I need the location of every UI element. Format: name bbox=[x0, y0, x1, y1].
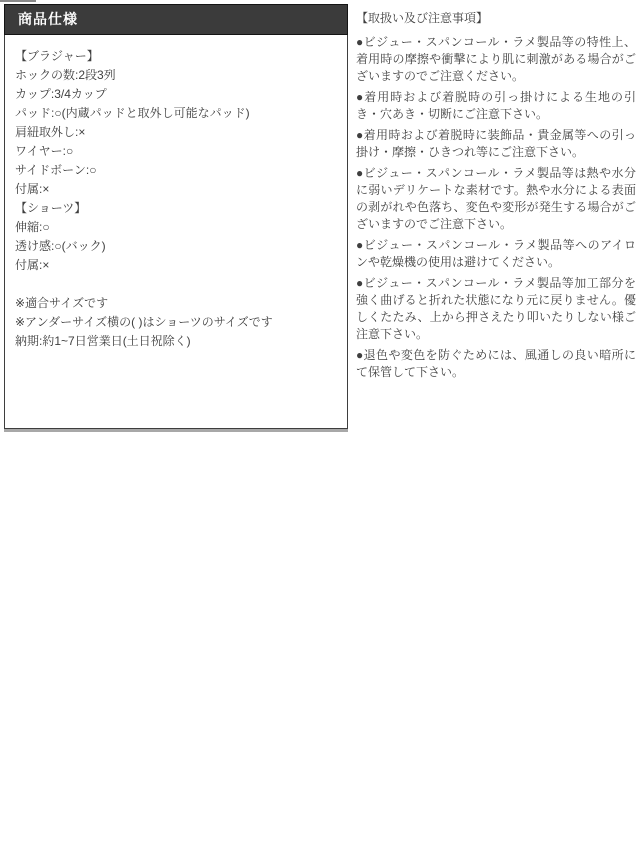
handling-notes-panel: 【取扱い及び注意事項】 ●ビジュー・スパンコール・ラメ製品等の特性上、着用時の摩… bbox=[356, 10, 636, 385]
spec-line-shorts-heading: 【ショーツ】 bbox=[15, 199, 337, 218]
note-paragraph-jewelry: ●着用時および着脱時に装飾品・貴金属等への引っ掛け・摩擦・ひきつれ等にご注意下さ… bbox=[356, 127, 636, 161]
note-paragraph-heat-water: ●ビジュー・スパンコール・ラメ製品等は熱や水分に弱いデリケートな素材です。熱や水… bbox=[356, 165, 636, 233]
spec-line-shorts-accessory: 付属:× bbox=[15, 256, 337, 275]
spec-line-size-note-1: ※適合サイズです bbox=[15, 294, 337, 313]
spec-panel-title: 商品仕様 bbox=[18, 11, 78, 27]
spec-line-size-note-2: ※アンダーサイズ横の( )はショーツのサイズです bbox=[15, 313, 337, 332]
spec-line-wire: ワイヤー:○ bbox=[15, 142, 337, 161]
note-paragraph-friction: ●ビジュー・スパンコール・ラメ製品等の特性上、着用時の摩擦や衝撃により肌に刺激が… bbox=[356, 34, 636, 85]
product-spec-panel: 商品仕様 【ブラジャー】 ホックの数:2段3列 カップ:3/4カップ パッド:○… bbox=[4, 4, 348, 429]
spec-line-hooks: ホックの数:2段3列 bbox=[15, 66, 337, 85]
handling-notes-title: 【取扱い及び注意事項】 bbox=[356, 10, 636, 27]
spec-line-bra-heading: 【ブラジャー】 bbox=[15, 47, 337, 66]
note-paragraph-bending: ●ビジュー・スパンコール・ラメ製品等加工部分を強く曲げると折れた状態になり元に戻… bbox=[356, 275, 636, 343]
spec-line-strap-removal: 肩紐取外し:× bbox=[15, 123, 337, 142]
product-detail-page: 商品仕様 【ブラジャー】 ホックの数:2段3列 カップ:3/4カップ パッド:○… bbox=[0, 0, 640, 853]
spec-line-side-bone: サイドボーン:○ bbox=[15, 161, 337, 180]
spec-panel-body: 【ブラジャー】 ホックの数:2段3列 カップ:3/4カップ パッド:○(内蔵パッ… bbox=[4, 35, 348, 429]
spec-line-cup: カップ:3/4カップ bbox=[15, 85, 337, 104]
spec-line-blank bbox=[15, 275, 337, 294]
note-paragraph-iron-dryer: ●ビジュー・スパンコール・ラメ製品等へのアイロンや乾燥機の使用は避けてください。 bbox=[356, 237, 636, 271]
spec-line-stretch: 伸縮:○ bbox=[15, 218, 337, 237]
screenshot-edge-artifact bbox=[0, 0, 36, 2]
note-paragraph-snagging: ●着用時および着脱時の引っ掛けによる生地の引き・穴あき・切断にご注意下さい。 bbox=[356, 89, 636, 123]
note-paragraph-storage: ●退色や変色を防ぐためには、風通しの良い暗所にて保管して下さい。 bbox=[356, 347, 636, 381]
spec-line-delivery: 納期:約1~7日営業日(土日祝除く) bbox=[15, 332, 337, 351]
spec-panel-header: 商品仕様 bbox=[4, 4, 348, 35]
spec-line-pad: パッド:○(内蔵パッドと取外し可能なパッド) bbox=[15, 104, 337, 123]
spec-line-sheerness: 透け感:○(バック) bbox=[15, 237, 337, 256]
spec-line-bra-accessory: 付属:× bbox=[15, 180, 337, 199]
